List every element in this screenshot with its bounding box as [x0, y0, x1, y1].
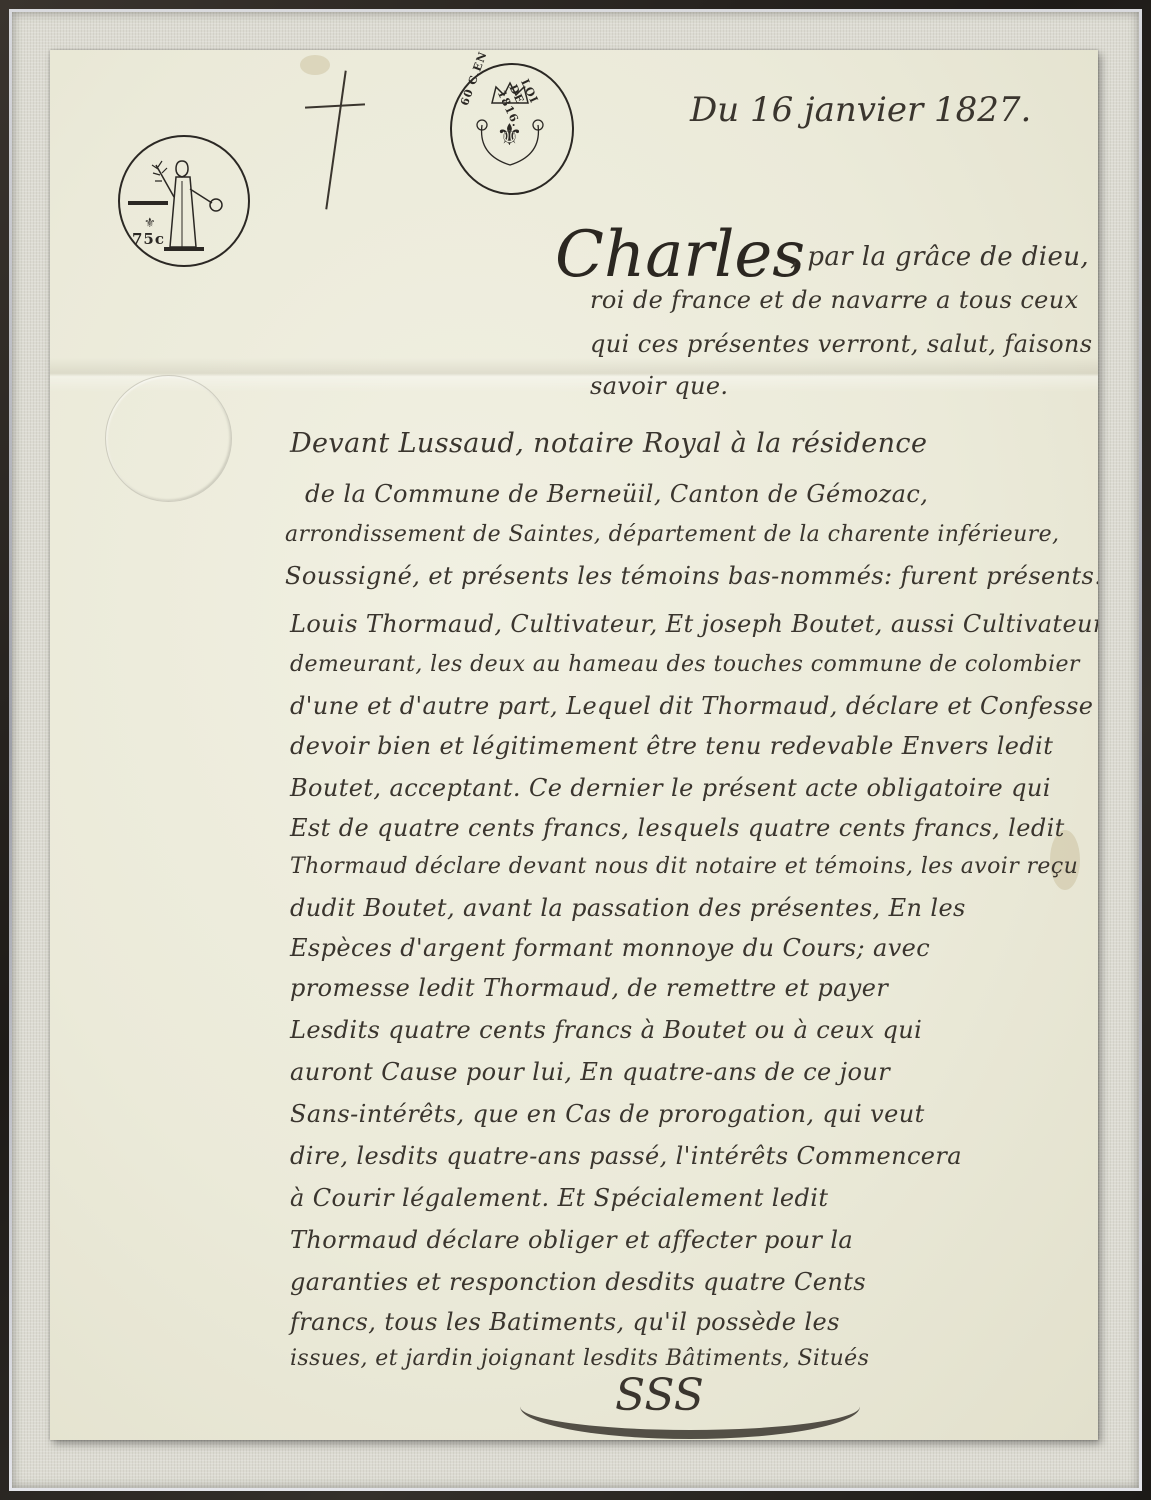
body-line-22: francs, tous les Batiments, qu'il possèd…	[290, 1308, 840, 1336]
body-line-21: garanties et responction desdits quatre …	[290, 1268, 866, 1296]
body-line-13: Espèces d'argent formant monnoye du Cour…	[290, 934, 930, 962]
heading-line-1-rest: , par la grâce de dieu,	[790, 242, 1089, 272]
body-line-9: Boutet, acceptant. Ce dernier le présent…	[290, 774, 1051, 802]
body-line-20: Thormaud déclare obliger et affecter pou…	[290, 1226, 853, 1254]
body-line-6: demeurant, les deux au hameau des touche…	[290, 652, 1080, 677]
heading-name: Charles	[555, 218, 805, 292]
paper-stain	[300, 55, 330, 75]
date-line: Du 16 janvier 1827.	[690, 90, 1031, 130]
body-line-2: de la Commune de Berneüil, Canton de Gém…	[305, 480, 928, 508]
body-line-8: devoir bien et légitimement être tenu re…	[290, 732, 1053, 760]
embossed-seal	[105, 375, 232, 502]
body-line-15: Lesdits quatre cents francs à Boutet ou …	[290, 1016, 922, 1044]
heading-line-2: roi de france et de navarre a tous ceux	[590, 286, 1079, 314]
body-line-16: auront Cause pour lui, En quatre-ans de …	[290, 1058, 890, 1086]
svg-text:⚜: ⚜	[144, 216, 156, 231]
body-line-4: Soussigné, et présents les témoins bas-n…	[285, 562, 1098, 590]
document-page: ⚜ 75c ⚜ 60 C.EN SUS LOI DE 1816. Du 16 j…	[50, 50, 1098, 1440]
stamp-60c: ⚜ 60 C.EN SUS LOI DE 1816.	[450, 63, 574, 195]
margin-cross-mark	[325, 71, 346, 210]
body-line-1: Devant Lussaud, notaire Royal à la résid…	[290, 428, 927, 459]
margin-cross-mark-bar	[305, 103, 365, 108]
body-line-14: promesse ledit Thormaud, de remettre et …	[290, 974, 888, 1002]
signature-flourish	[520, 1400, 860, 1439]
heading-line-4: savoir que.	[590, 372, 728, 400]
stamp-75c: ⚜ 75c	[118, 135, 250, 267]
body-line-7: d'une et d'autre part, Lequel dit Thorma…	[290, 692, 1093, 720]
paper-fold	[50, 358, 1098, 392]
body-line-18: dire, lesdits quatre-ans passé, l'intérê…	[290, 1142, 962, 1170]
picture-frame: ⚜ 75c ⚜ 60 C.EN SUS LOI DE 1816. Du 16 j…	[0, 0, 1151, 1500]
body-line-10: Est de quatre cents francs, lesquels qua…	[290, 814, 1065, 842]
body-line-3: arrondissement de Saintes, département d…	[285, 522, 1059, 547]
body-line-5: Louis Thormaud, Cultivateur, Et joseph B…	[290, 610, 1098, 638]
body-line-11: Thormaud déclare devant nous dit notaire…	[290, 854, 1078, 879]
body-line-19: à Courir légalement. Et Spécialement led…	[290, 1184, 828, 1212]
heading-line-3: qui ces présentes verront, salut, faison…	[590, 330, 1093, 358]
stamp-75c-value: 75c	[132, 230, 165, 248]
body-line-17: Sans-intérêts, que en Cas de prorogation…	[290, 1100, 925, 1128]
body-line-23: issues, et jardin joignant lesdits Bâtim…	[290, 1346, 869, 1371]
body-line-12: dudit Boutet, avant la passation des pré…	[290, 894, 966, 922]
